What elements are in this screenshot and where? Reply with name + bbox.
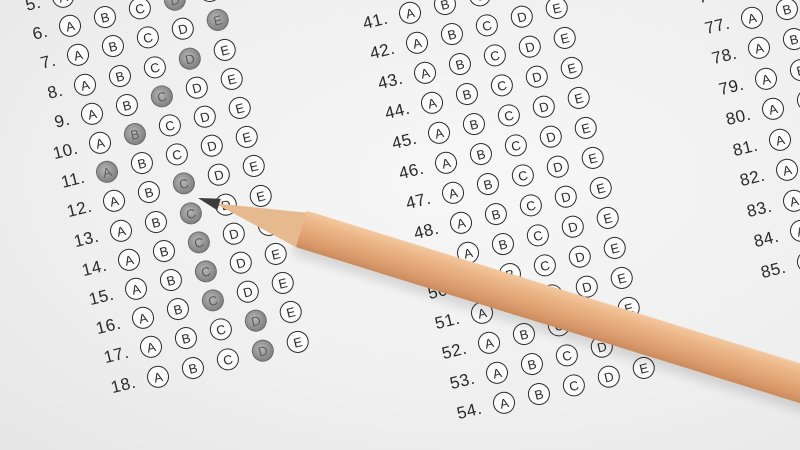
- question-number: 78.: [692, 44, 740, 74]
- answer-bubble-c[interactable]: C: [517, 192, 544, 219]
- answer-bubble-b[interactable]: B: [432, 0, 459, 17]
- answer-bubble-e[interactable]: E: [558, 55, 585, 82]
- answer-bubble-c[interactable]: C: [185, 229, 212, 256]
- answer-bubble-a[interactable]: A: [767, 126, 794, 153]
- answer-bubble-a[interactable]: A: [123, 275, 150, 302]
- answer-bubble-d[interactable]: D: [509, 3, 536, 30]
- answer-bubble-a[interactable]: A: [145, 363, 172, 390]
- answer-bubble-c[interactable]: C: [193, 258, 220, 285]
- answer-bubble-b[interactable]: B: [106, 62, 133, 89]
- question-number: 42.: [350, 39, 398, 69]
- answer-bubble-c[interactable]: C: [496, 102, 523, 129]
- answer-bubble-d[interactable]: D: [538, 123, 565, 150]
- answer-bubble-b[interactable]: B: [475, 171, 502, 198]
- answer-bubble-b[interactable]: B: [165, 296, 192, 323]
- answer-bubble-d[interactable]: D: [530, 93, 557, 120]
- question-number: 43.: [357, 69, 405, 99]
- answer-bubble-d[interactable]: D: [566, 243, 593, 270]
- question-number: 10.: [32, 139, 80, 169]
- answer-bubble-e[interactable]: E: [277, 299, 304, 326]
- answer-bubble-e[interactable]: E: [580, 145, 607, 172]
- answer-bubble-a[interactable]: A: [418, 89, 445, 116]
- answer-bubble-a[interactable]: A: [476, 329, 503, 356]
- question-number: 52.: [422, 339, 470, 369]
- answer-bubble-a[interactable]: A: [115, 246, 142, 273]
- answer-bubble-e[interactable]: E: [270, 270, 297, 297]
- answer-bubble-a[interactable]: A: [490, 389, 517, 416]
- answer-bubble-c[interactable]: C: [560, 372, 587, 399]
- answer-bubble-a[interactable]: A: [760, 95, 787, 122]
- answer-bubble-b[interactable]: B: [518, 351, 545, 378]
- answer-bubble-b[interactable]: B: [781, 26, 800, 53]
- answer-sheet-photo: 4.ABCDE5.ABCDE6.ABCDE7.ABCDE8.ABCDE9.ABC…: [0, 0, 800, 450]
- question-number: 11.: [39, 168, 87, 198]
- answer-bubble-d[interactable]: D: [552, 183, 579, 210]
- answer-bubble-a[interactable]: A: [746, 34, 773, 61]
- question-number: 40.: [336, 0, 384, 9]
- question-number: 51.: [415, 309, 463, 339]
- answer-bubble-e[interactable]: E: [544, 0, 571, 21]
- answer-bubble-a[interactable]: A: [774, 156, 800, 183]
- answer-bubble-c[interactable]: C: [524, 222, 551, 249]
- answer-bubble-a[interactable]: A: [447, 209, 474, 236]
- answer-bubble-b[interactable]: B: [511, 321, 538, 348]
- answer-bubble-e[interactable]: E: [211, 36, 238, 63]
- answer-bubble-a[interactable]: A: [440, 179, 467, 206]
- answer-bubble-a[interactable]: A: [404, 29, 431, 56]
- answer-bubble-c[interactable]: C: [156, 112, 183, 139]
- answer-bubble-e[interactable]: E: [594, 205, 621, 232]
- answer-bubble-a[interactable]: A: [57, 13, 84, 40]
- answer-bubble-a[interactable]: A: [781, 187, 800, 214]
- answer-bubble-c[interactable]: C: [474, 12, 501, 39]
- answer-bubble-b[interactable]: B: [525, 381, 552, 408]
- answer-bubble-b[interactable]: B: [774, 0, 800, 22]
- answer-bubble-e[interactable]: E: [240, 153, 267, 180]
- question-number: 79.: [699, 74, 747, 104]
- answer-bubble-d[interactable]: D: [169, 16, 196, 43]
- answer-bubble-c[interactable]: C: [163, 141, 190, 168]
- question-number: 53.: [429, 369, 477, 399]
- answer-bubble-c[interactable]: C: [503, 132, 530, 159]
- answer-bubble-a[interactable]: A: [108, 217, 135, 244]
- answer-bubble-c[interactable]: C: [532, 252, 559, 279]
- question-number: 7.: [10, 51, 58, 81]
- answer-bubble-a[interactable]: A: [788, 217, 800, 244]
- answer-bubble-a[interactable]: A: [433, 149, 460, 176]
- question-number: 15.: [69, 285, 117, 315]
- answer-bubble-a[interactable]: A: [795, 248, 800, 275]
- answer-bubble-b[interactable]: B: [788, 56, 800, 83]
- answer-bubble-b[interactable]: B: [172, 325, 199, 352]
- answer-bubble-d[interactable]: D: [242, 308, 269, 335]
- question-number: 16.: [76, 314, 124, 344]
- answer-bubble-b[interactable]: B: [489, 231, 516, 258]
- answer-bubble-d[interactable]: D: [198, 133, 225, 160]
- answer-bubble-d[interactable]: D: [523, 63, 550, 90]
- answer-bubble-e[interactable]: E: [551, 25, 578, 52]
- question-number: 54.: [436, 399, 484, 429]
- question-number: 47.: [386, 189, 434, 219]
- answer-bubble-e[interactable]: E: [587, 175, 614, 202]
- answer-bubble-d[interactable]: D: [227, 249, 254, 276]
- answer-bubble-b[interactable]: B: [150, 238, 177, 265]
- question-number: 81.: [713, 135, 761, 165]
- question-number: 18.: [90, 372, 138, 402]
- answer-bubble-b[interactable]: B: [121, 121, 148, 148]
- answer-bubble-c[interactable]: C: [214, 346, 241, 373]
- answer-bubble-d[interactable]: D: [184, 74, 211, 101]
- answer-bubble-a[interactable]: A: [79, 100, 106, 127]
- question-number: 12.: [47, 197, 95, 227]
- answer-bubble-c[interactable]: C: [481, 42, 508, 69]
- answer-bubble-a[interactable]: A: [72, 71, 99, 98]
- answer-bubble-b[interactable]: B: [439, 21, 466, 48]
- answer-bubble-e[interactable]: E: [233, 124, 260, 151]
- answer-bubble-a[interactable]: A: [411, 59, 438, 86]
- answer-bubble-e[interactable]: E: [197, 0, 224, 4]
- answer-bubble-c[interactable]: C: [127, 0, 154, 22]
- answer-bubble-b[interactable]: B: [795, 87, 800, 114]
- answer-bubble-e[interactable]: E: [204, 7, 231, 34]
- answer-bubble-e[interactable]: E: [565, 85, 592, 112]
- answer-bubble-e[interactable]: E: [219, 65, 246, 92]
- answer-bubble-a[interactable]: A: [739, 4, 766, 31]
- answer-bubble-d[interactable]: D: [191, 103, 218, 130]
- answer-bubble-a[interactable]: A: [50, 0, 77, 10]
- answer-bubble-b[interactable]: B: [453, 81, 480, 108]
- question-number: 77.: [685, 13, 733, 43]
- answer-bubble-b[interactable]: B: [99, 33, 126, 60]
- answer-bubble-b[interactable]: B: [482, 201, 509, 228]
- answer-bubble-e[interactable]: E: [601, 235, 628, 262]
- answer-bubble-c[interactable]: C: [207, 316, 234, 343]
- answer-bubble-c[interactable]: C: [510, 162, 537, 189]
- answer-bubble-d[interactable]: D: [516, 33, 543, 60]
- answer-bubble-a[interactable]: A: [93, 159, 120, 186]
- answer-bubble-b[interactable]: B: [158, 267, 185, 294]
- answer-bubble-a[interactable]: A: [137, 334, 164, 361]
- answer-bubble-d[interactable]: D: [545, 153, 572, 180]
- answer-bubble-e[interactable]: E: [573, 115, 600, 142]
- answer-bubble-a[interactable]: A: [483, 359, 510, 386]
- answer-bubble-a[interactable]: A: [130, 305, 157, 332]
- question-number: 82.: [720, 166, 768, 196]
- answer-bubble-b[interactable]: B: [461, 111, 488, 138]
- question-number: 84.: [734, 227, 782, 257]
- answer-bubble-b[interactable]: B: [114, 92, 141, 119]
- answer-bubble-b[interactable]: B: [446, 51, 473, 78]
- question-number: 83.: [727, 196, 775, 226]
- answer-bubble-b[interactable]: B: [128, 150, 155, 177]
- answer-bubble-b[interactable]: B: [143, 208, 170, 235]
- answer-bubble-a[interactable]: A: [86, 129, 113, 156]
- question-number: 13.: [54, 226, 102, 256]
- question-number: 44.: [364, 99, 412, 129]
- question-number: 85.: [741, 257, 789, 287]
- answer-bubble-a[interactable]: A: [753, 65, 780, 92]
- question-number: 76.: [678, 0, 726, 13]
- answer-bubble-d[interactable]: D: [595, 363, 622, 390]
- question-number: 80.: [706, 105, 754, 135]
- answer-bubble-d[interactable]: D: [249, 337, 276, 364]
- question-number: 14.: [61, 255, 109, 285]
- answer-bubble-b[interactable]: B: [92, 4, 119, 31]
- answer-bubble-a[interactable]: A: [397, 0, 424, 26]
- question-number: 46.: [379, 159, 427, 189]
- answer-bubble-c[interactable]: C: [141, 54, 168, 81]
- answer-bubble-c[interactable]: C: [553, 342, 580, 369]
- answer-bubble-e[interactable]: E: [226, 95, 253, 122]
- question-number: 5.: [0, 0, 43, 23]
- answer-bubble-c[interactable]: C: [171, 170, 198, 197]
- answer-bubble-e[interactable]: E: [284, 328, 311, 355]
- answer-bubble-d[interactable]: D: [559, 213, 586, 240]
- answer-bubble-b[interactable]: B: [179, 354, 206, 381]
- question-number: 8.: [17, 80, 65, 110]
- question-number: 6.: [3, 22, 51, 52]
- answer-bubble-e[interactable]: E: [609, 265, 636, 292]
- answer-bubble-c[interactable]: C: [149, 83, 176, 110]
- answer-bubble-a[interactable]: A: [426, 119, 453, 146]
- answer-bubble-b[interactable]: B: [136, 179, 163, 206]
- answer-bubble-d[interactable]: D: [176, 45, 203, 72]
- answer-bubble-c[interactable]: C: [134, 24, 161, 51]
- question-number: 45.: [372, 129, 420, 159]
- answer-bubble-c[interactable]: C: [467, 0, 494, 9]
- answer-bubble-a[interactable]: A: [64, 42, 91, 69]
- answer-bubble-c[interactable]: C: [488, 72, 515, 99]
- question-number: 17.: [83, 343, 131, 373]
- answer-bubble-b[interactable]: B: [85, 0, 112, 1]
- answer-bubble-c[interactable]: C: [200, 287, 227, 314]
- answer-bubble-d[interactable]: D: [235, 279, 262, 306]
- answer-bubble-a[interactable]: A: [101, 188, 128, 215]
- question-number: 9.: [25, 109, 73, 139]
- answer-bubble-b[interactable]: B: [468, 141, 495, 168]
- answer-bubble-d[interactable]: D: [162, 0, 189, 13]
- question-number: 41.: [343, 9, 391, 39]
